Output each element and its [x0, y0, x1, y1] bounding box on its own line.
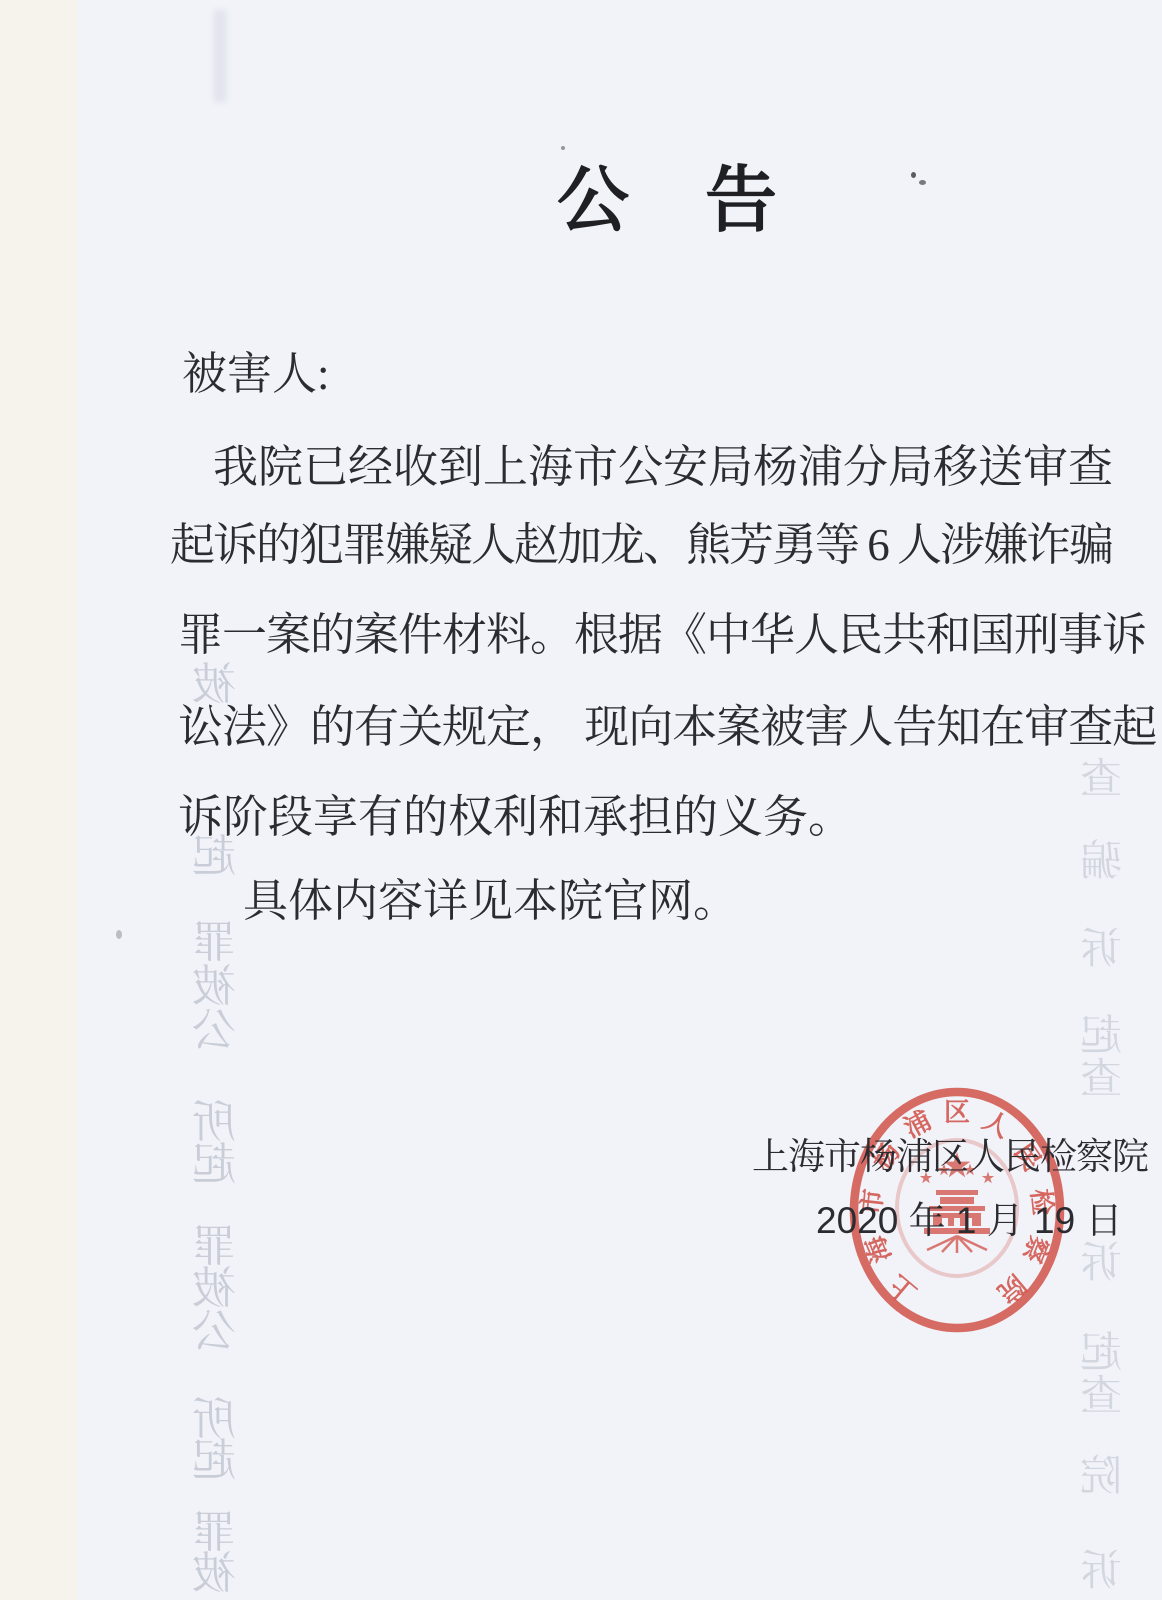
- body-line: 罪一案的案件材料。根据《中华人民共和国刑事诉: [178, 598, 1146, 663]
- ink-speck: [116, 930, 122, 939]
- ghost-char: 查: [1080, 746, 1122, 806]
- closing-line: 具体内容详见本院官网。: [243, 864, 738, 929]
- scan-artifact-streak: [214, 10, 226, 102]
- ghost-char: 诉: [1080, 916, 1122, 976]
- ghost-char: 诉: [1080, 1538, 1122, 1598]
- document-title: 公 告: [557, 142, 779, 246]
- scanned-notice-page: 公 告 被害人: 我院已经收到上海市公安局杨浦分局移送审查 起诉的犯罪嫌疑人赵加…: [0, 0, 1162, 1600]
- ghost-char: 被: [192, 1537, 236, 1600]
- ghost-char: 起: [192, 1424, 236, 1488]
- body-line: 起诉的犯罪嫌疑人赵加龙、熊芳勇等 6 人涉嫌诈骗: [170, 508, 1112, 573]
- ghost-char: 起: [192, 1128, 236, 1192]
- ghost-char: 公: [192, 1295, 236, 1359]
- ink-speck: [919, 180, 926, 185]
- issuer-signature: 上海市杨浦区人民检察院: [752, 1126, 1148, 1180]
- body-line: 诉阶段享有的权利和承担的义务。: [178, 780, 853, 845]
- issue-date: 2020 年 1 月 19 日: [816, 1190, 1122, 1244]
- ghost-char: 院: [1080, 1443, 1122, 1503]
- salutation: 被害人:: [182, 337, 330, 402]
- ghost-char: 骗: [1080, 828, 1122, 888]
- seal-ring-char: 区: [944, 1100, 970, 1126]
- ink-speck: [911, 172, 916, 178]
- body-line: 我院已经收到上海市公安局杨浦分局移送审查: [213, 430, 1113, 495]
- scanner-edge-strip: [0, 0, 78, 1600]
- ghost-char: 公: [192, 994, 236, 1058]
- ghost-char: 查: [1080, 1046, 1122, 1106]
- body-line: 讼法》的有关规定， 现向本案被害人告知在审查起: [178, 690, 1156, 755]
- ghost-char: 查: [1080, 1363, 1122, 1423]
